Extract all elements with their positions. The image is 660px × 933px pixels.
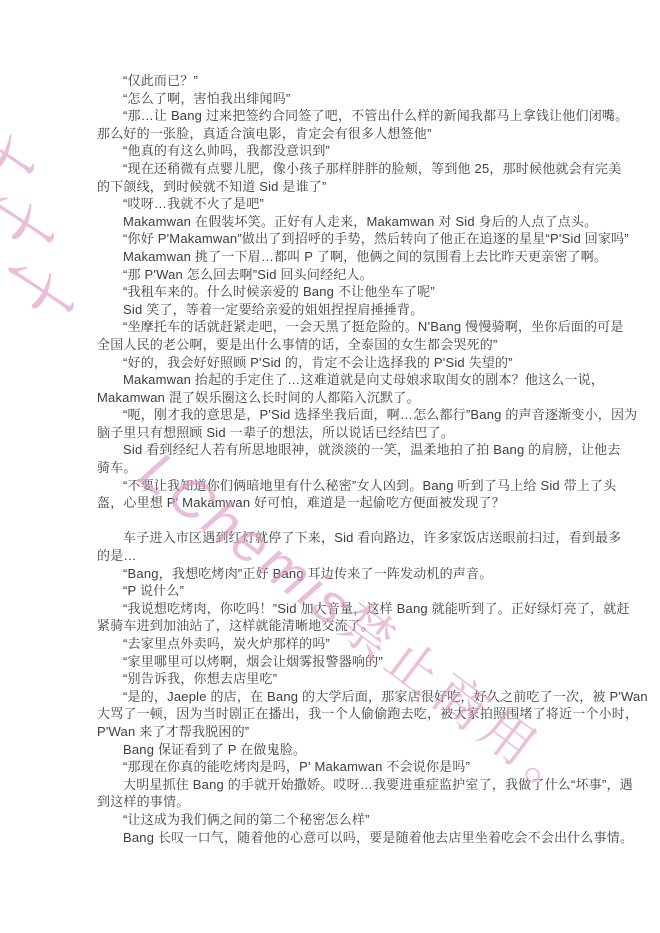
paragraph: “不要让我知道你们俩暗地里有什么秘密”女人凶到。Bang 听到了马上给 Sid …	[97, 477, 642, 512]
paragraph: “别告诉我，你想去店里吃”	[97, 670, 642, 688]
novel-page: “仅此而已？”“怎么了啊，害怕我出绯闻吗”“那…让 Bang 过来把签约合同签了…	[0, 0, 660, 933]
paragraph: Bang 长叹一口气，随着他的心意可以吗，要是随着他去店里坐着吃会不会出什么事情…	[97, 829, 642, 847]
paragraph: “家里哪里可以烤啊，烟会让烟雾报警器响的”	[97, 653, 642, 671]
paragraph: 大明星抓住 Bang 的手就开始撒娇。哎呀…我要进重症监护室了，我做了什么“坏事…	[97, 776, 642, 811]
paragraph: “P 说什么”	[97, 582, 642, 600]
paragraph: “好的，我会好好照顾 P'Sid 的，肯定不会让选择我的 P'Sid 失望的”	[97, 354, 642, 372]
paragraph: Makamwan 挑了一下眉…都叫 P 了啊，他俩之间的氛围看上去比昨天更亲密了…	[97, 248, 642, 266]
paragraph: “呃，刚才我的意思是，P'Sid 选择坐我后面，啊…怎么都行”Bang 的声音逐…	[97, 406, 642, 441]
paragraph: “那 P'Wan 怎么回去啊”Sid 回头问经纪人。	[97, 266, 642, 284]
paragraph: “怎么了啊，害怕我出绯闻吗”	[97, 90, 642, 108]
paragraph: “那…让 Bang 过来把签约合同签了吧，不管出什么样的新闻我都马上拿钱让他们闭…	[97, 107, 642, 142]
paragraph: “Bang，我想吃烤肉”正好 Bang 耳边传来了一阵发动机的声音。	[97, 565, 642, 583]
paragraph: “让这成为我们俩之间的第二个秘密怎么样”	[97, 811, 642, 829]
paragraph: “现在还稍微有点婴儿肥，像小孩子那样胖胖的脸颊，等到他 25，那时候他就会有完美…	[97, 160, 642, 195]
paragraph: “你好 P'Makamwan”做出了到招呼的手势，然后转向了他正在追逐的星星“P…	[97, 230, 642, 248]
paragraph: 车子进入市区遇到红灯就停了下来，Sid 看向路边，许多家饭店送眼前扫过，看到最多…	[97, 529, 642, 564]
watermark-flourish: 乄乄乄	[0, 104, 98, 336]
paragraph: “仅此而已？”	[97, 72, 642, 90]
paragraph: Bang 保证看到了 P 在做鬼脸。	[97, 741, 642, 759]
paragraph: “坐摩托车的话就赶紧走吧，一会天黑了挺危险的。N'Bang 慢慢骑啊，坐你后面的…	[97, 318, 642, 353]
paragraph: “他真的有这么帅吗，我都没意识到”	[97, 142, 642, 160]
document-body: “仅此而已？”“怎么了啊，害怕我出绯闻吗”“那…让 Bang 过来把签约合同签了…	[97, 72, 642, 846]
paragraph: “是的，Jaeple 的店，在 Bang 的大学后面，那家店很好吃，好久之前吃了…	[97, 688, 642, 741]
paragraph: “我说想吃烤肉，你吃吗！”Sid 加大音量，这样 Bang 就能听到了。正好绿灯…	[97, 600, 642, 635]
paragraph: “哎呀…我就不火了是吧”	[97, 195, 642, 213]
paragraph: “去家里点外卖吗，炭火炉那样的吗”	[97, 635, 642, 653]
paragraph: “那现在你真的能吃烤肉是吗，P' Makamwan 不会说你是吗”	[97, 758, 642, 776]
paragraph: Sid 笑了，等着一定要给亲爱的姐姐捏捏肩捶捶背。	[97, 301, 642, 319]
paragraph: Makamwan 抬起的手定住了…这难道就是向丈母娘求取闺女的剧本？他这么一说，…	[97, 371, 642, 406]
paragraph: Sid 看到经纪人若有所思地眼神，就淡淡的一笑，温柔地拍了拍 Bang 的肩膀，…	[97, 441, 642, 476]
paragraph: “我租车来的。什么时候亲爱的 Bang 不让他坐车了呢”	[97, 283, 642, 301]
paragraph: Makamwan 在假装坏笑。正好有人走来，Makamwan 对 Sid 身后的…	[97, 213, 642, 231]
